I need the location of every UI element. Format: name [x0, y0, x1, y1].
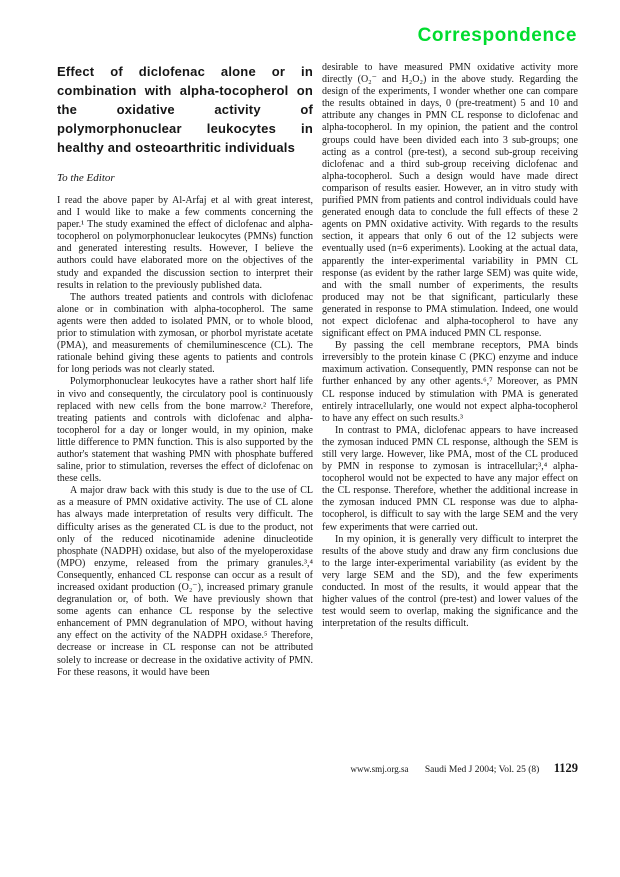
section-heading: Correspondence: [418, 25, 577, 47]
paragraph: In my opinion, it is generally very diff…: [322, 534, 578, 631]
paragraph: I read the above paper by Al-Arfaj et al…: [57, 195, 313, 292]
page-number: 1129: [554, 761, 578, 775]
paragraph: Polymorphonuclear leukocytes have a rath…: [57, 376, 313, 485]
paragraph: By passing the cell membrane receptors, …: [322, 340, 578, 425]
salutation: To the Editor: [57, 172, 313, 184]
paragraph: In contrast to PMA, diclofenac appears t…: [322, 425, 578, 534]
page-footer: www.smj.org.sa Saudi Med J 2004; Vol. 25…: [350, 761, 578, 776]
journal-citation: Saudi Med J 2004; Vol. 25 (8): [425, 765, 539, 775]
journal-correspondence-page: Correspondence Effect of diclofenac alon…: [0, 0, 620, 877]
right-column: desirable to have measured PMN oxidative…: [322, 62, 578, 679]
paragraph: desirable to have measured PMN oxidative…: [322, 62, 578, 340]
two-column-body: Effect of diclofenac alone or in combina…: [57, 62, 578, 679]
paragraph: A major draw back with this study is due…: [57, 485, 313, 679]
journal-url: www.smj.org.sa: [350, 764, 408, 774]
article-title: Effect of diclofenac alone or in combina…: [57, 62, 313, 157]
paragraph: The authors treated patients and control…: [57, 292, 313, 377]
left-column: Effect of diclofenac alone or in combina…: [57, 62, 313, 679]
